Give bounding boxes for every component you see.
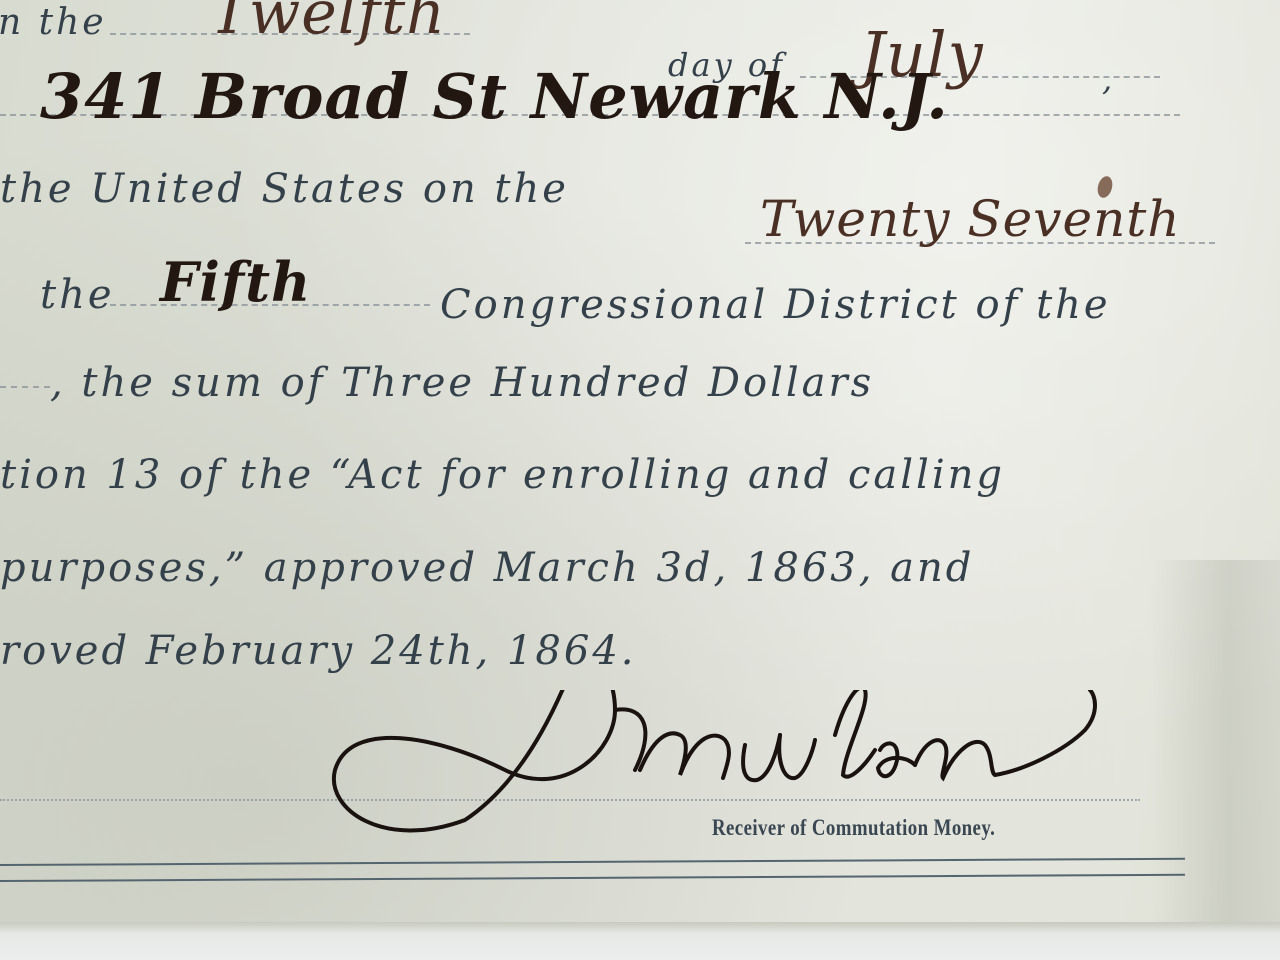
handwritten-day: Twelfth	[210, 0, 446, 48]
printed-united-states: the United States on the	[0, 166, 569, 212]
printed-congressional-district: Congressional District of the	[440, 282, 1111, 328]
paper-bottom-edge	[0, 922, 1280, 960]
fill-line-state	[0, 386, 50, 388]
printed-on-the: n the	[0, 2, 107, 43]
printed-approved-1863: purposes,” approved March 3d, 1863, and	[0, 545, 974, 591]
handwritten-address: 341 Broad St Newark N.J.	[40, 60, 949, 133]
printed-sum: , the sum of Three Hundred Dollars	[50, 360, 874, 406]
printed-act-reference: tion 13 of the “Act for enrolling and ca…	[0, 452, 1005, 498]
punct-comma: ,	[1102, 60, 1115, 98]
printed-approved-1864: roved February 24th, 1864.	[0, 628, 636, 674]
handwritten-date: Twenty Seventh	[760, 190, 1181, 248]
printed-the: the	[40, 272, 115, 318]
signature-caption: Receiver of Commutation Money.	[712, 815, 995, 841]
handwritten-district: Fifth	[160, 250, 311, 314]
